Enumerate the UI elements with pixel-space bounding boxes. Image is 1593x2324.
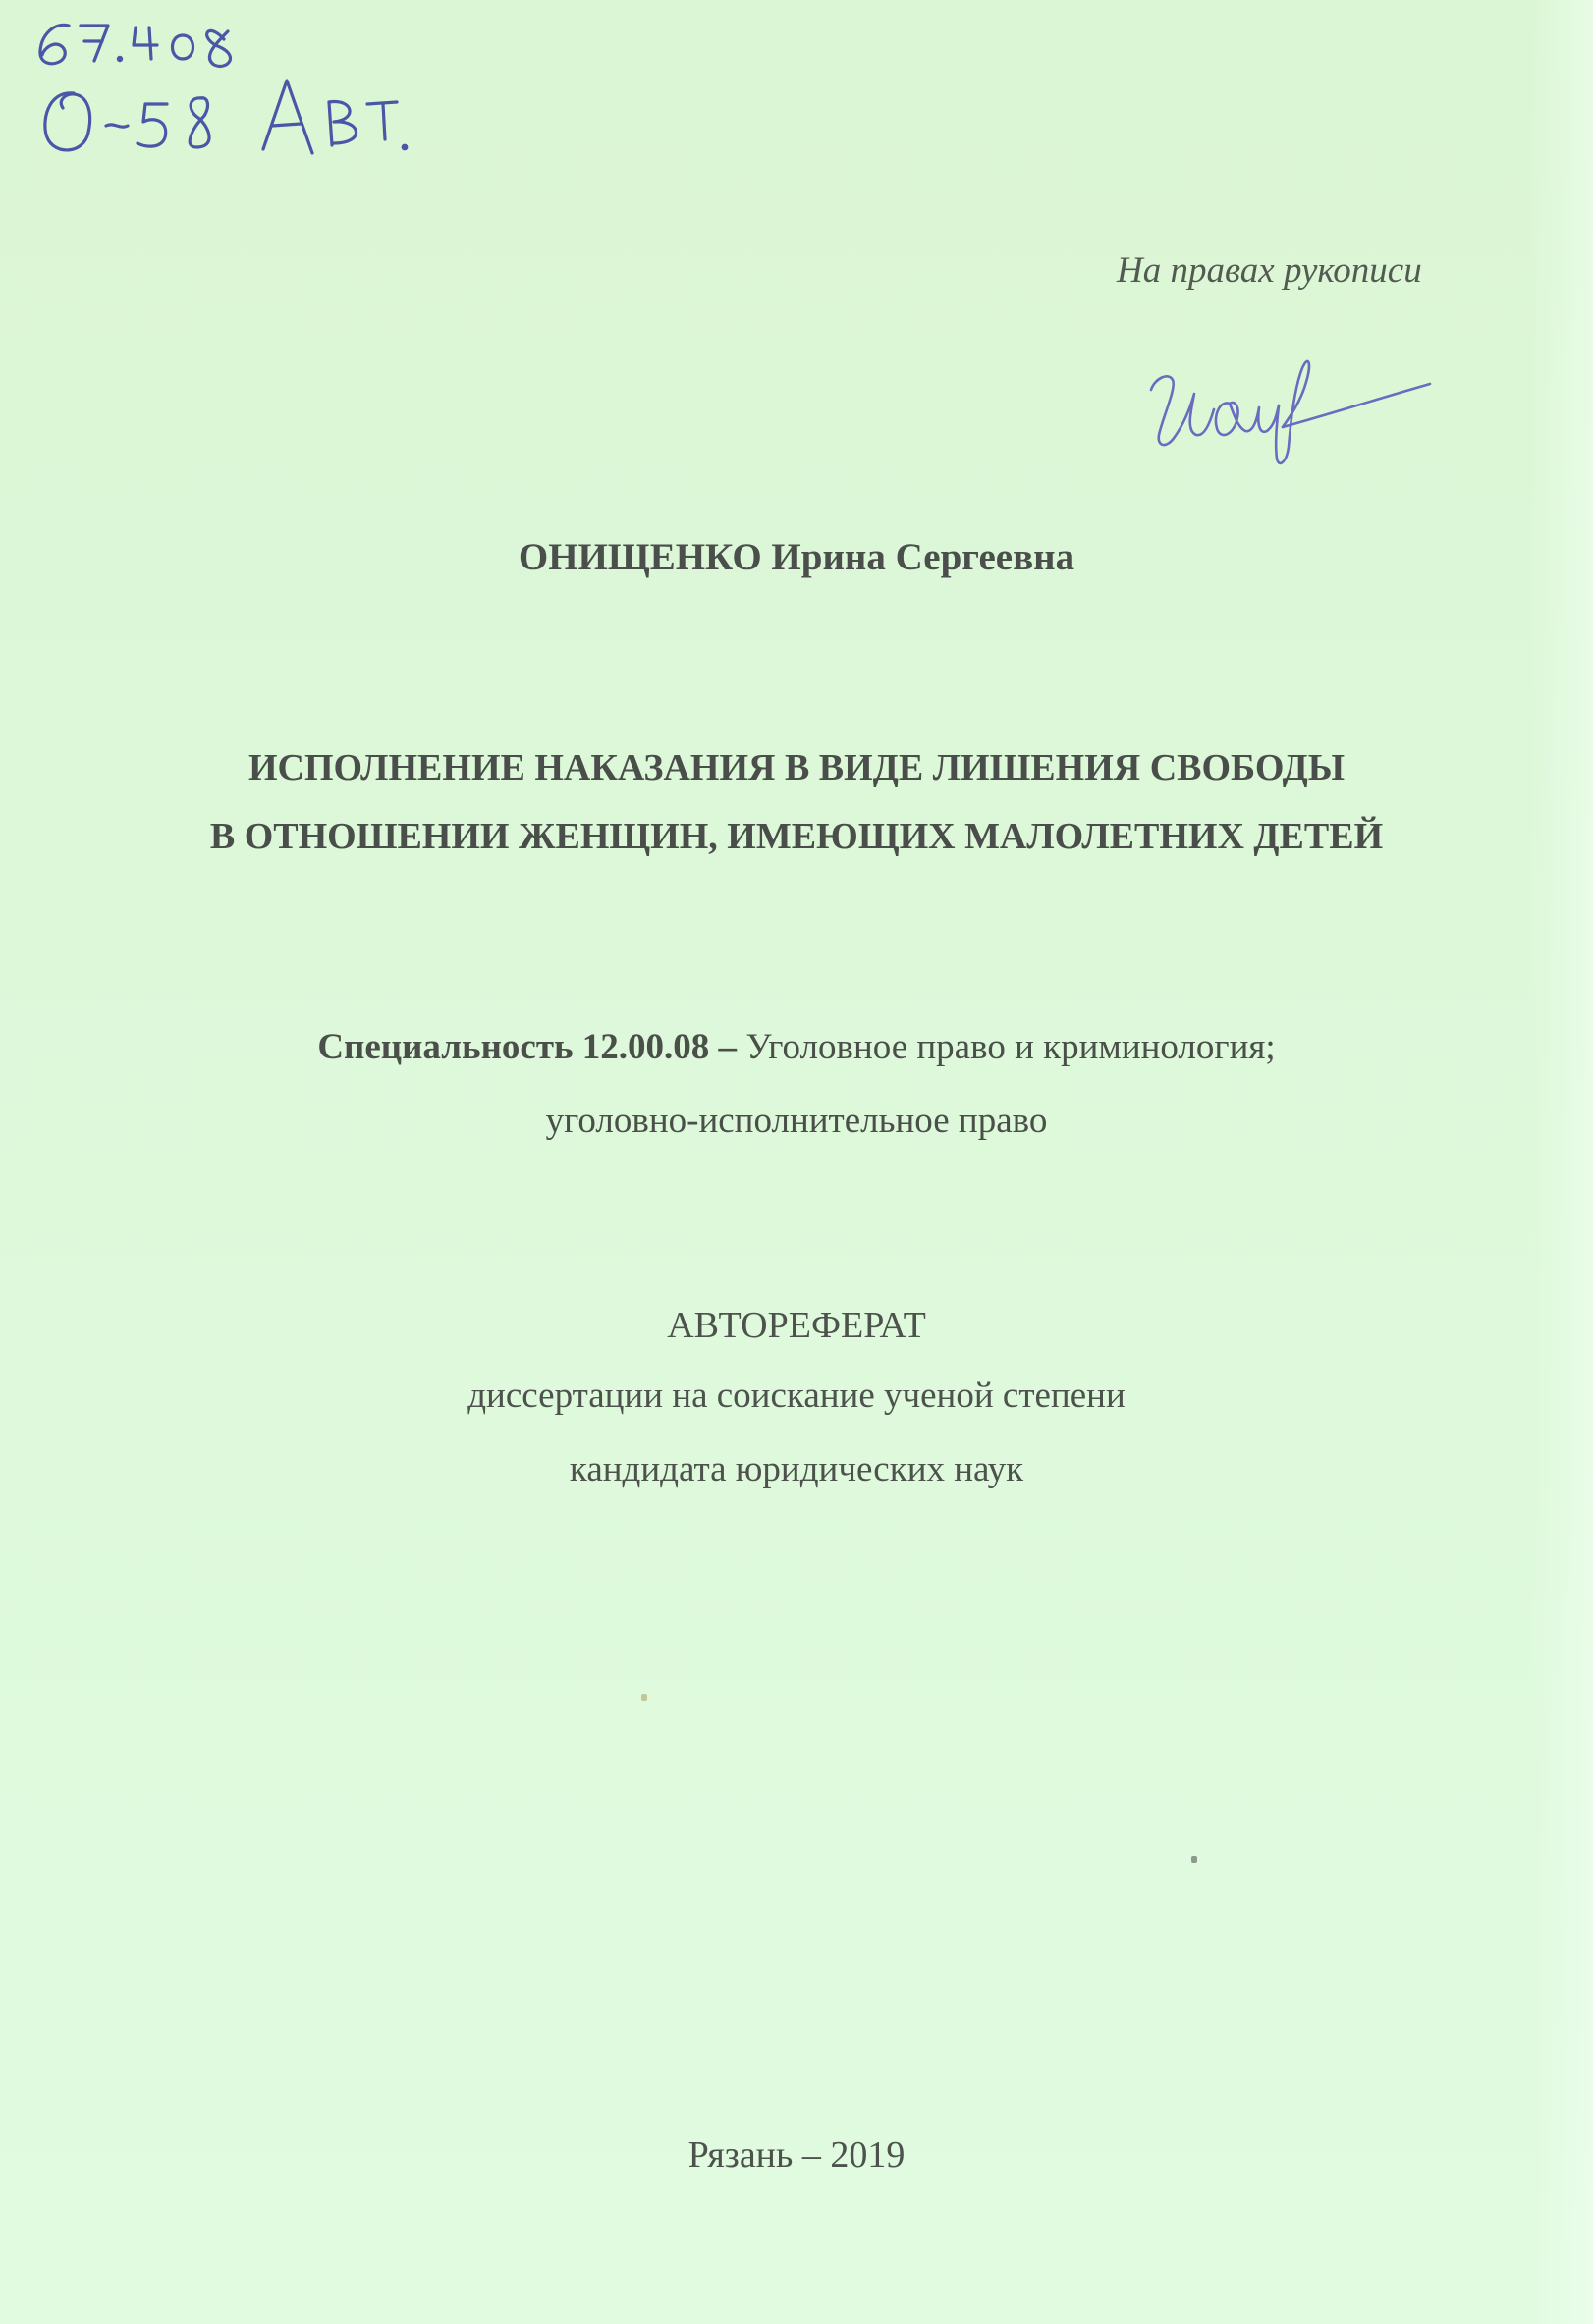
author-name: ОНИЩЕНКО Ирина Сергеевна — [0, 535, 1593, 579]
specialty-name-part2: уголовно-исполнительное право — [0, 1100, 1593, 1142]
document-type: АВТОРЕФЕРАТ — [0, 1304, 1593, 1347]
dissertation-title-line-1: ИСПОЛНЕНИЕ НАКАЗАНИЯ В ВИДЕ ЛИШЕНИЯ СВОБ… — [0, 746, 1593, 789]
degree-line-2: кандидата юридических наук — [0, 1448, 1593, 1490]
specialty-code-label: Специальность 12.00.08 – — [317, 1027, 737, 1067]
manuscript-rights-note: На правах рукописи — [1117, 249, 1422, 292]
specialty-line: Специальность 12.00.08 – Уголовное право… — [0, 1026, 1593, 1068]
specialty-name-part1: Уголовное право и криминология; — [737, 1027, 1276, 1067]
author-signature — [1139, 329, 1444, 471]
scan-speck — [641, 1694, 647, 1701]
place-and-year: Рязань – 2019 — [0, 2134, 1593, 2177]
degree-line-1: диссертации на соискание ученой степени — [0, 1375, 1593, 1417]
signature-drawing — [1139, 329, 1444, 471]
dissertation-title-line-2: В ОТНОШЕНИИ ЖЕНЩИН, ИМЕЮЩИХ МАЛОЛЕТНИХ Д… — [0, 815, 1593, 858]
shelf-mark-drawing — [0, 0, 452, 172]
scan-speck — [1191, 1856, 1197, 1863]
handwritten-shelf-mark — [0, 0, 452, 172]
